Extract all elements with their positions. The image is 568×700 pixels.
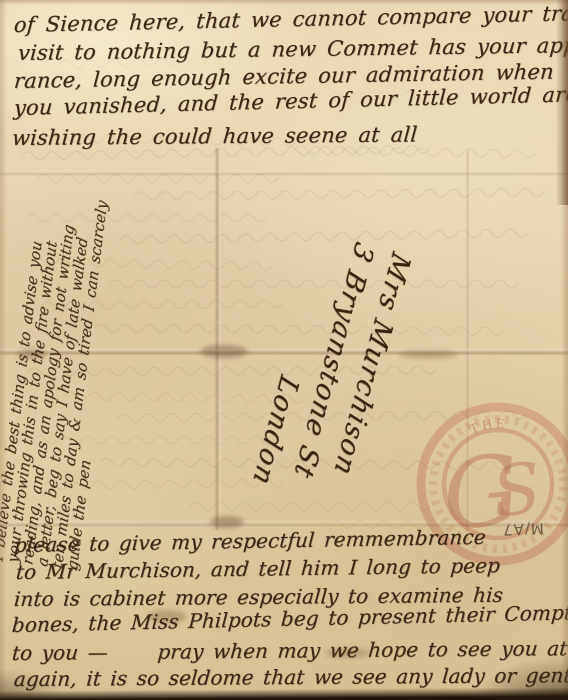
stain: [398, 350, 458, 359]
ghost-line: [190, 502, 430, 510]
ghost-line: [295, 146, 535, 158]
fold-crease-horizontal-top: [0, 171, 568, 175]
handwriting-line-top-5: wishing the could have seene at all: [11, 122, 418, 150]
ghost-line: [135, 188, 543, 200]
letter-scan: THE G S M/A7 of Sience here, that we can…: [0, 0, 568, 700]
pencil-reference-note: M/A7: [502, 519, 544, 538]
stain: [200, 345, 248, 358]
handwriting-line-bottom-5: to you — pray when may we hope to see yo…: [11, 636, 568, 665]
stain: [210, 516, 244, 528]
fold-crease-vertical-left: [215, 148, 220, 530]
handwriting-line-bottom-6: again, it is so seldome that we see any …: [13, 663, 568, 691]
